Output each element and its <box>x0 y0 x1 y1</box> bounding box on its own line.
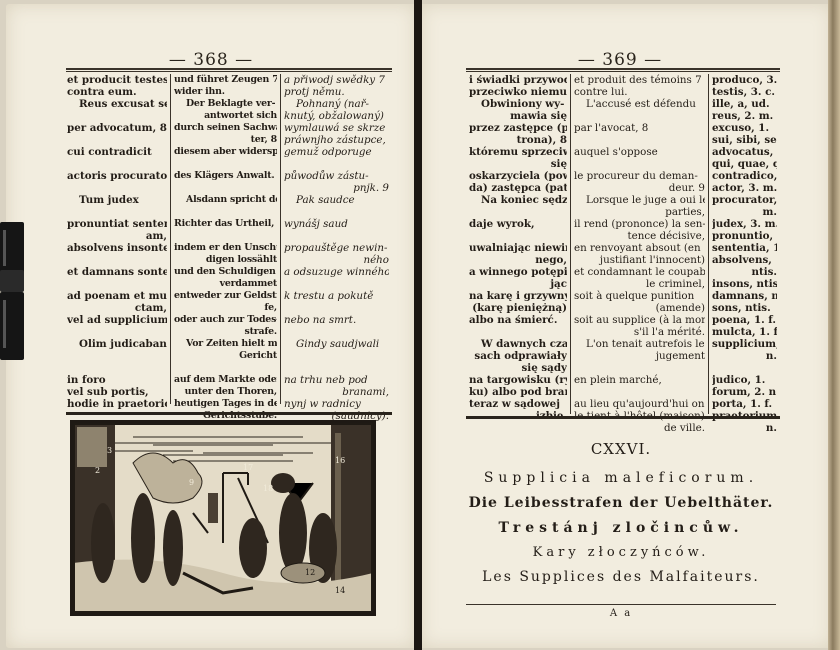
text-line: gemuž odporuge <box>284 146 389 158</box>
text-line <box>174 362 277 374</box>
text-line <box>174 206 277 218</box>
text-line: trona), 8 <box>469 134 567 146</box>
svg-text:18: 18 <box>263 484 273 493</box>
text-line: de ville. <box>574 422 705 434</box>
text-line: teraz w sądowej <box>469 398 567 410</box>
text-line: pnjk. 9 <box>284 182 389 194</box>
text-line: da) zastępca (patron). 9 <box>469 182 567 194</box>
vocabulary-column: produco, 3.testis, 3. c.ille, a, ud.reus… <box>708 74 780 414</box>
text-line: wider ihn. <box>174 86 277 98</box>
text-line <box>67 206 167 218</box>
text-line: et producit testes 7 <box>67 74 167 86</box>
text-line: nego, <box>469 254 567 266</box>
svg-text:3: 3 <box>107 446 112 455</box>
text-line: się sądy <box>469 362 567 374</box>
text-line: sach odprawiały <box>469 350 567 362</box>
text-line: auquel s'oppose <box>574 146 705 158</box>
text-line: il rend (prononce) la sen- <box>574 218 705 230</box>
text-line: supplicium, 2. <box>712 338 777 350</box>
text-line: fe, <box>174 302 277 314</box>
text-line <box>67 182 167 194</box>
text-line: judex, 3. m. <box>712 218 777 230</box>
czech-column: a přiwodj swědky 7protj němu.Pohnaný (na… <box>280 74 392 404</box>
text-line: Gindy saudjwali <box>284 338 389 350</box>
text-line: W dawnych cza- <box>469 338 567 350</box>
text-line: ctam, <box>67 302 167 314</box>
text-line: pronuntiat sententi- <box>67 218 167 230</box>
text-line: na targowisku (ryn- <box>469 374 567 386</box>
text-line: ného <box>284 254 389 266</box>
text-line: absolvens, <box>712 254 777 266</box>
text-line: reus, 2. m. <box>712 110 777 122</box>
text-line: pronuntio, 1. <box>712 230 777 242</box>
text-line: justifiant l'innocent) <box>574 254 705 266</box>
text-line <box>574 110 705 122</box>
text-line <box>67 254 167 266</box>
text-line: in foro <box>67 374 167 386</box>
text-line: Alsdann spricht der <box>174 194 277 206</box>
text-line: a winnego potępia- <box>469 266 567 278</box>
text-line: sons, ntis. <box>712 302 777 314</box>
text-line: Pohnaný (nař- <box>284 98 389 110</box>
svg-text:16: 16 <box>335 456 345 465</box>
text-line: Obwiniony wy- <box>469 98 567 110</box>
page-edges <box>828 0 840 650</box>
text-line: wynášj saud <box>284 218 389 230</box>
text-line <box>174 230 277 242</box>
text-line: le procureur du deman- <box>574 170 705 182</box>
text-line: jąc <box>469 278 567 290</box>
text-line: am, <box>67 230 167 242</box>
text-line: jugement <box>574 350 705 362</box>
text-line: und den Schuldigen <box>174 266 277 278</box>
header-rule-right <box>466 68 780 72</box>
text-line: verdammet <box>174 278 277 290</box>
text-line: und führet Zeugen 7 <box>174 74 277 86</box>
text-line <box>469 326 567 338</box>
text-line: Olim judicabant <box>67 338 167 350</box>
text-line <box>284 350 389 362</box>
text-line: ad poenam et mul- <box>67 290 167 302</box>
text-line: oder auch zur Todes- <box>174 314 277 326</box>
text-line: ter, 8 <box>174 134 277 146</box>
text-line: parties, <box>574 206 705 218</box>
text-line: judico, 1. <box>712 374 777 386</box>
text-line <box>67 158 167 170</box>
text-line: heutigen Tages in der <box>174 398 277 410</box>
text-line: uwalniając niewin- <box>469 242 567 254</box>
text-line: strafe. <box>174 326 277 338</box>
text-line: actoris procurator. 9 <box>67 170 167 182</box>
text-line <box>574 386 705 398</box>
right-text-columns: i świadki przywodziprzeciwko niemu. 7Obw… <box>466 74 780 414</box>
text-line: absolvens insontem <box>67 242 167 254</box>
text-line: en renvoyant absout (en <box>574 242 705 254</box>
text-line <box>67 362 167 374</box>
text-line: půwodůw zástu- <box>284 170 389 182</box>
text-line <box>284 326 389 338</box>
text-line: Vor Zeiten hielt man <box>174 338 277 350</box>
text-line: ku) albo pod bramą, <box>469 386 567 398</box>
text-line: (karę pieniężną) <box>469 302 567 314</box>
text-line: au lieu qu'aujourd'hui on <box>574 398 705 410</box>
text-line: vel sub portis, <box>67 386 167 398</box>
text-line: et condamnant le coupable, <box>574 266 705 278</box>
text-line: soit à quelque punition <box>574 290 705 302</box>
polish-column: i świadki przywodziprzeciwko niemu. 7Obw… <box>466 74 570 414</box>
text-line: knutý, obžalowaný) <box>284 110 389 122</box>
text-line: entweder zur Geldstra- <box>174 290 277 302</box>
text-line: qui, quae, quod <box>712 158 777 170</box>
text-line <box>67 110 167 122</box>
text-line: ille, a, ud. <box>712 98 777 110</box>
text-line: Der Beklagte ver- <box>174 98 277 110</box>
text-line: n. <box>712 350 777 362</box>
text-line: albo na śmierć. <box>469 314 567 326</box>
text-line: unter den Thoren, <box>174 386 277 398</box>
text-line: daje wyrok, <box>469 218 567 230</box>
text-line <box>284 302 389 314</box>
text-line: deur. 9 <box>574 182 705 194</box>
text-line <box>284 230 389 242</box>
chapter-title-block: CXXVI. Supplicia maleficorum. Die Leibes… <box>466 440 776 585</box>
french-column: et produit des témoins 7contre lui.L'acc… <box>570 74 708 414</box>
text-line <box>574 362 705 374</box>
binder-clip-icon <box>0 292 24 360</box>
text-line: en plein marché, <box>574 374 705 386</box>
text-line: contre lui. <box>574 86 705 98</box>
text-line: Lorsque le juge a oui les <box>574 194 705 206</box>
text-line: indem er den Unschul- <box>174 242 277 254</box>
svg-text:12: 12 <box>305 568 315 577</box>
text-line: par l'avocat, 8 <box>574 122 705 134</box>
text-line: hodie in praetorio. <box>67 398 167 410</box>
svg-text:9: 9 <box>189 478 194 487</box>
text-line: le criminel, <box>574 278 705 290</box>
text-line: propauštěge newin- <box>284 242 389 254</box>
text-line: mulcta, 1. f. <box>712 326 777 338</box>
text-line: procurator, 3. <box>712 194 777 206</box>
left-text-columns: et producit testes 7contra eum.Reus excu… <box>64 74 392 404</box>
header-rule-left <box>66 68 392 72</box>
text-line: et damnans sontem <box>67 266 167 278</box>
text-line: tence décisive, <box>574 230 705 242</box>
text-line <box>712 362 777 374</box>
text-line: forum, 2. n. <box>712 386 777 398</box>
punishment-scene-icon: 32 917 1816 1214 <box>73 423 373 613</box>
text-line: na trhu neb pod <box>284 374 389 386</box>
text-line: mawia się <box>469 110 567 122</box>
text-line: sententia, 1. f. <box>712 242 777 254</box>
text-line: des Klägers Anwalt. 9 <box>174 170 277 182</box>
text-line: nebo na smrt. <box>284 314 389 326</box>
text-line: ntis. <box>712 266 777 278</box>
page-number-right: — 369 — <box>414 50 826 70</box>
text-line: antwortet sich <box>174 110 277 122</box>
text-line: porta, 1. f. <box>712 398 777 410</box>
text-line <box>67 134 167 146</box>
text-line: contradico, 3. <box>712 170 777 182</box>
text-line: excuso, 1. <box>712 122 777 134</box>
footer-rule <box>466 604 776 605</box>
text-line: auf dem Markte oder <box>174 374 277 386</box>
svg-text:17: 17 <box>243 463 253 472</box>
text-line: digen lossählt <box>174 254 277 266</box>
text-line: przeciwko niemu. 7 <box>469 86 567 98</box>
text-line: contra eum. <box>67 86 167 98</box>
text-line <box>469 230 567 242</box>
book-spread: — 368 — — 369 — et producit testes 7cont… <box>0 0 840 650</box>
woodcut-illustration: 32 917 1816 1214 <box>70 420 376 616</box>
text-line: Gericht <box>174 350 277 362</box>
german-column: und führet Zeugen 7wider ihn.Der Beklagt… <box>170 74 280 404</box>
text-line: na karę i grzywny <box>469 290 567 302</box>
chapter-title-german: Die Leibesstrafen der Uebelthäter. <box>466 495 776 511</box>
text-line: Reus excusat se <box>67 98 167 110</box>
section-rule-left <box>66 412 392 415</box>
text-line: a odsuzuge winného <box>284 266 389 278</box>
text-line: a přiwodj swědky 7 <box>284 74 389 86</box>
text-line: per advocatum, 8 <box>67 122 167 134</box>
text-line <box>574 134 705 146</box>
text-line: s'il l'a mérité. <box>574 326 705 338</box>
book-gutter <box>414 0 422 650</box>
text-line: k trestu a pokutě <box>284 290 389 302</box>
chapter-number: CXXVI. <box>466 440 776 458</box>
text-line: m. <box>712 206 777 218</box>
text-line: L'on tenait autrefois le <box>574 338 705 350</box>
printer-signature: A a <box>466 608 776 619</box>
text-line: vel ad supplicium. <box>67 314 167 326</box>
chapter-title-polish: Kary złoczyńców. <box>466 545 776 560</box>
text-line: Richter das Urtheil, <box>174 218 277 230</box>
section-rule-right <box>466 416 780 419</box>
text-line <box>67 350 167 362</box>
text-line: produco, 3. <box>712 74 777 86</box>
chapter-title-czech: Trestánj zločincůw. <box>466 520 776 536</box>
text-line: soit au supplice (à la mort) <box>574 314 705 326</box>
text-line <box>174 158 277 170</box>
text-line: poena, 1. f. <box>712 314 777 326</box>
text-line: któremu sprzeciwia <box>469 146 567 158</box>
text-line: przez zastępce (pa- <box>469 122 567 134</box>
text-line: práwnjho zástupce, 8 <box>284 134 389 146</box>
text-line <box>284 362 389 374</box>
text-line: advocatus, 2. m. <box>712 146 777 158</box>
text-line: nynj w radnicy <box>284 398 389 410</box>
text-line: testis, 3. c. <box>712 86 777 98</box>
svg-text:14: 14 <box>335 586 345 595</box>
page-number-left: — 368 — <box>6 50 416 70</box>
text-line <box>284 206 389 218</box>
text-line: L'accusé est défendu <box>574 98 705 110</box>
text-line: wymlauwá se skrze <box>284 122 389 134</box>
text-line: cui contradicit <box>67 146 167 158</box>
text-line: damnans, ntis. <box>712 290 777 302</box>
binder-clip-icon <box>0 222 24 274</box>
text-line: (amende) <box>574 302 705 314</box>
text-line <box>574 158 705 170</box>
text-line: actor, 3. m. <box>712 182 777 194</box>
text-line: oskarzyciela (powo- <box>469 170 567 182</box>
text-line: diesem aber widerspricht <box>174 146 277 158</box>
text-line: branami, <box>284 386 389 398</box>
text-line: Pak saudce <box>284 194 389 206</box>
text-line: et produit des témoins 7 <box>574 74 705 86</box>
text-line <box>174 182 277 194</box>
chapter-title-french: Les Supplices des Malfaiteurs. <box>466 569 776 585</box>
text-line: się <box>469 158 567 170</box>
text-line: Na koniec sędzia <box>469 194 567 206</box>
chapter-title-latin: Supplicia maleficorum. <box>466 470 776 486</box>
text-line: n. <box>712 422 777 434</box>
text-line: protj němu. <box>284 86 389 98</box>
text-line: Tum judex <box>67 194 167 206</box>
text-line: i świadki przywodzi <box>469 74 567 86</box>
binder-clip-hinge <box>0 270 24 292</box>
text-line <box>469 206 567 218</box>
text-line: durch seinen Sachwal- <box>174 122 277 134</box>
text-line <box>67 326 167 338</box>
text-line <box>67 278 167 290</box>
text-line <box>284 278 389 290</box>
text-line: insons, ntis. <box>712 278 777 290</box>
text-line: sui, sibi, se. <box>712 134 777 146</box>
latin-column: et producit testes 7contra eum.Reus excu… <box>64 74 170 404</box>
svg-text:2: 2 <box>95 466 100 475</box>
text-line <box>284 158 389 170</box>
